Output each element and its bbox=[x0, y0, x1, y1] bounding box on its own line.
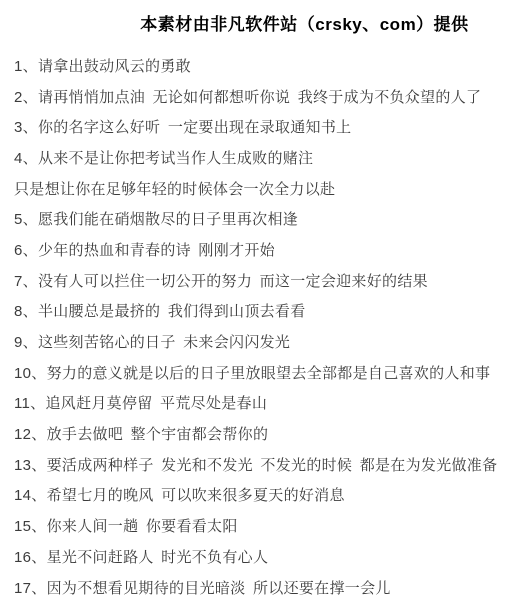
quote-number: 4、 bbox=[14, 147, 38, 168]
document-page: 本素材由非凡软件站（crsky、com）提供 1、请拿出鼓动风云的勇敢2、请再悄… bbox=[0, 0, 509, 603]
quote-item: 11、追风赶月莫停留 平荒尽处是春山 bbox=[14, 388, 507, 419]
quote-number: 13、 bbox=[14, 454, 47, 475]
quote-text: 因为不想看见期待的目光暗淡 所以还要在撑一会儿 bbox=[47, 577, 391, 598]
quote-item: 3、你的名字这么好听 一定要出现在录取通知书上 bbox=[14, 111, 507, 142]
quote-text: 半山腰总是最挤的 我们得到山顶去看看 bbox=[38, 300, 306, 321]
quote-number: 10、 bbox=[14, 362, 47, 383]
quote-item: 17、因为不想看见期待的目光暗淡 所以还要在撑一会儿 bbox=[14, 572, 507, 603]
quote-text: 请拿出鼓动风云的勇敢 bbox=[38, 55, 191, 76]
quote-item: 15、你来人间一趟 你要看看太阳 bbox=[14, 510, 507, 541]
quote-number: 3、 bbox=[14, 116, 38, 137]
quote-number: 12、 bbox=[14, 423, 47, 444]
quote-item: 12、放手去做吧 整个宇宙都会帮你的 bbox=[14, 418, 507, 449]
quote-item: 9、这些刻苦铭心的日子 未来会闪闪发光 bbox=[14, 326, 507, 357]
quote-number: 16、 bbox=[14, 546, 47, 567]
quote-text: 放手去做吧 整个宇宙都会帮你的 bbox=[47, 423, 269, 444]
quote-text: 追风赶月莫停留 平荒尽处是春山 bbox=[45, 392, 267, 413]
quote-item: 8、半山腰总是最挤的 我们得到山顶去看看 bbox=[14, 296, 507, 327]
quote-number: 5、 bbox=[14, 208, 38, 229]
quote-text: 努力的意义就是以后的日子里放眼望去全部都是自己喜欢的人和事 bbox=[47, 362, 491, 383]
quote-item: 2、请再悄悄加点油 无论如何都想听你说 我终于成为不负众望的人了 bbox=[14, 81, 507, 112]
quote-text: 你来人间一趟 你要看看太阳 bbox=[47, 515, 238, 536]
quote-text: 愿我们能在硝烟散尽的日子里再次相逢 bbox=[38, 208, 298, 229]
quote-number: 6、 bbox=[14, 239, 38, 260]
quote-text: 从来不是让你把考试当作人生成败的赌注 bbox=[38, 147, 313, 168]
quote-number: 2、 bbox=[14, 86, 38, 107]
quote-text: 星光不问赶路人 时光不负有心人 bbox=[47, 546, 269, 567]
page-title: 本素材由非凡软件站（crsky、com）提供 bbox=[0, 13, 509, 37]
quote-text: 希望七月的晚风 可以吹来很多夏天的好消息 bbox=[47, 484, 345, 505]
quote-number: 14、 bbox=[14, 484, 47, 505]
quote-text: 没有人可以拦住一切公开的努力 而这一定会迎来好的结果 bbox=[38, 270, 428, 291]
quote-item: 7、没有人可以拦住一切公开的努力 而这一定会迎来好的结果 bbox=[14, 265, 507, 296]
quote-item: 5、愿我们能在硝烟散尽的日子里再次相逢 bbox=[14, 203, 507, 234]
quote-text: 只是想让你在足够年轻的时候体会一次全力以赴 bbox=[14, 178, 335, 199]
quote-number: 15、 bbox=[14, 515, 47, 536]
quote-item: 6、少年的热血和青春的诗 刚刚才开始 bbox=[14, 234, 507, 265]
quote-text: 你的名字这么好听 一定要出现在录取通知书上 bbox=[38, 116, 351, 137]
quote-number: 11、 bbox=[14, 392, 45, 413]
quote-number: 9、 bbox=[14, 331, 38, 352]
quote-item: 14、希望七月的晚风 可以吹来很多夏天的好消息 bbox=[14, 480, 507, 511]
quote-text: 这些刻苦铭心的日子 未来会闪闪发光 bbox=[38, 331, 290, 352]
quote-number: 17、 bbox=[14, 577, 47, 598]
quote-item: 1、请拿出鼓动风云的勇敢 bbox=[14, 50, 507, 81]
quote-item: 16、星光不问赶路人 时光不负有心人 bbox=[14, 541, 507, 572]
quote-text: 要活成两种样子 发光和不发光 不发光的时候 都是在为发光做准备 bbox=[47, 454, 498, 475]
quote-item: 13、要活成两种样子 发光和不发光 不发光的时候 都是在为发光做准备 bbox=[14, 449, 507, 480]
quote-number: 7、 bbox=[14, 270, 38, 291]
quote-number: 8、 bbox=[14, 300, 38, 321]
quote-number: 1、 bbox=[14, 55, 38, 76]
quote-text: 少年的热血和青春的诗 刚刚才开始 bbox=[38, 239, 275, 260]
quote-item: 4、从来不是让你把考试当作人生成败的赌注 bbox=[14, 142, 507, 173]
quote-text: 请再悄悄加点油 无论如何都想听你说 我终于成为不负众望的人了 bbox=[38, 86, 481, 107]
quote-item: 10、努力的意义就是以后的日子里放眼望去全部都是自己喜欢的人和事 bbox=[14, 357, 507, 388]
quote-list: 1、请拿出鼓动风云的勇敢2、请再悄悄加点油 无论如何都想听你说 我终于成为不负众… bbox=[14, 50, 507, 602]
quote-item-continuation: 只是想让你在足够年轻的时候体会一次全力以赴 bbox=[14, 173, 507, 204]
